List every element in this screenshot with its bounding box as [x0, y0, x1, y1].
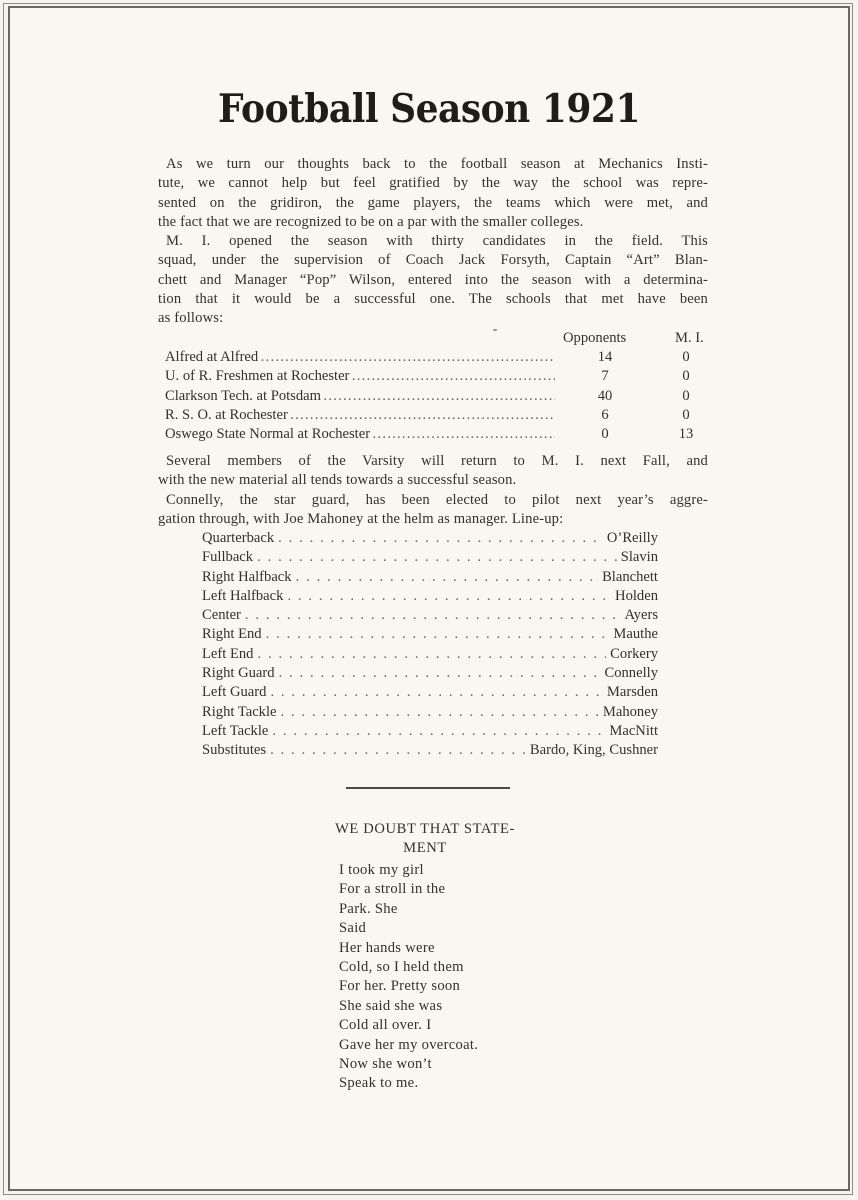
- player-name: Ayers: [624, 607, 658, 624]
- dot-leader: [257, 549, 617, 566]
- scores-table: Opponents M. I. Alfred at Alfred 14 0 U.…: [165, 330, 705, 445]
- dot-leader: [279, 665, 601, 682]
- game-name: Alfred at Alfred: [165, 349, 555, 366]
- opponents-score: 40: [565, 388, 645, 405]
- dot-leader: [266, 626, 610, 643]
- closing-paragraphs: Several members of the Varsity will retu…: [158, 452, 708, 529]
- score-row: Alfred at Alfred 14 0: [165, 349, 705, 368]
- game-name: Oswego State Normal at Rochester: [165, 426, 555, 443]
- closing-line: gation through, with Joe Mahoney at the …: [158, 510, 708, 529]
- poem-line: Park. She: [339, 900, 478, 919]
- lineup-row: Center Ayers: [202, 607, 658, 626]
- position-label: Substitutes: [202, 742, 266, 759]
- game-name: R. S. O. at Rochester: [165, 407, 555, 424]
- position-label: Right Halfback: [202, 569, 292, 586]
- dot-leader: [270, 742, 526, 759]
- dot-leader: [281, 704, 599, 721]
- opponents-score: 7: [565, 368, 645, 385]
- intro-line: sented on the gridiron, the game players…: [158, 194, 708, 213]
- position-label: Fullback: [202, 549, 253, 566]
- lineup-row: Right Tackle Mahoney: [202, 704, 658, 723]
- poem-title-line: WE DOUBT THAT STATE-: [290, 820, 560, 839]
- lineup-list: Quarterback O’Reilly Fullback Slavin Rig…: [202, 530, 658, 762]
- player-name: Holden: [615, 588, 658, 605]
- closing-line: Several members of the Varsity will retu…: [158, 452, 708, 471]
- lineup-row: Fullback Slavin: [202, 549, 658, 568]
- position-label: Right Guard: [202, 665, 275, 682]
- poem-title-line: MENT: [290, 839, 560, 858]
- position-label: Right Tackle: [202, 704, 277, 721]
- dot-leader: [296, 569, 598, 586]
- poem-line: Gave her my overcoat.: [339, 1036, 478, 1055]
- player-name: Corkery: [610, 646, 658, 663]
- poem-title: WE DOUBT THAT STATE- MENT: [290, 820, 560, 858]
- score-row: U. of R. Freshmen at Rochester 7 0: [165, 368, 705, 387]
- intro-line: tion that it would be a successful one. …: [158, 290, 708, 309]
- intro-line: As we turn our thoughts back to the foot…: [158, 155, 708, 174]
- dot-leader: [272, 723, 605, 740]
- section-divider: [346, 787, 510, 789]
- poem-line: For her. Pretty soon: [339, 977, 478, 996]
- position-label: Left End: [202, 646, 253, 663]
- page-title: Football Season 1921: [0, 86, 858, 131]
- mi-score: 0: [661, 349, 711, 366]
- mi-column-header: M. I.: [675, 330, 704, 347]
- player-name: Mahoney: [603, 704, 658, 721]
- position-label: Center: [202, 607, 241, 624]
- dot-leader: [287, 588, 611, 605]
- intro-line: chett and Manager “Pop” Wilson, entered …: [158, 271, 708, 290]
- player-name: Bardo, King, Cushner: [530, 742, 658, 759]
- scores-header: Opponents M. I.: [165, 330, 705, 349]
- poem-line: Cold all over. I: [339, 1016, 478, 1035]
- lineup-row: Right End Mauthe: [202, 626, 658, 645]
- player-name: Blanchett: [602, 569, 658, 586]
- poem-line: Speak to me.: [339, 1074, 478, 1093]
- mi-score: 0: [661, 407, 711, 424]
- closing-line: with the new material all tends towards …: [158, 471, 708, 490]
- dot-leader: [257, 646, 606, 663]
- position-label: Left Guard: [202, 684, 266, 701]
- poem-line: Said: [339, 919, 478, 938]
- position-label: Quarterback: [202, 530, 274, 547]
- position-label: Right End: [202, 626, 262, 643]
- score-row: Clarkson Tech. at Potsdam 40 0: [165, 388, 705, 407]
- player-name: Mauthe: [613, 626, 658, 643]
- position-label: Left Halfback: [202, 588, 283, 605]
- lineup-row: Left Guard Marsden: [202, 684, 658, 703]
- lineup-row: Right Halfback Blanchett: [202, 569, 658, 588]
- poem-line: Now she won’t: [339, 1055, 478, 1074]
- opponents-column-header: Opponents: [563, 330, 626, 347]
- mi-score: 0: [661, 388, 711, 405]
- dot-leader: [270, 684, 602, 701]
- player-name: Connelly: [604, 665, 658, 682]
- position-label: Left Tackle: [202, 723, 268, 740]
- player-name: Slavin: [621, 549, 658, 566]
- dot-leader: [278, 530, 603, 547]
- player-name: Marsden: [607, 684, 658, 701]
- player-name: MacNitt: [609, 723, 658, 740]
- game-name: Clarkson Tech. at Potsdam: [165, 388, 555, 405]
- lineup-row: Substitutes Bardo, King, Cushner: [202, 742, 658, 761]
- lineup-row: Right Guard Connelly: [202, 665, 658, 684]
- score-row: Oswego State Normal at Rochester 0 13: [165, 426, 705, 445]
- lineup-row: Left Halfback Holden: [202, 588, 658, 607]
- lineup-row: Quarterback O’Reilly: [202, 530, 658, 549]
- lineup-row: Left Tackle MacNitt: [202, 723, 658, 742]
- dot-leader: [245, 607, 621, 624]
- poem-line: I took my girl: [339, 861, 478, 880]
- intro-line: M. I. opened the season with thirty cand…: [158, 232, 708, 251]
- lineup-row: Left End Corkery: [202, 646, 658, 665]
- intro-line: as follows:: [158, 309, 708, 328]
- opponents-score: 6: [565, 407, 645, 424]
- closing-line: Connelly, the star guard, has been elect…: [158, 491, 708, 510]
- mi-score: 0: [661, 368, 711, 385]
- poem-line: Cold, so I held them: [339, 958, 478, 977]
- intro-line: the fact that we are recognized to be on…: [158, 213, 708, 232]
- intro-line: squad, under the supervision of Coach Ja…: [158, 251, 708, 270]
- game-name: U. of R. Freshmen at Rochester: [165, 368, 555, 385]
- mi-score: 13: [661, 426, 711, 443]
- opponents-score: 0: [565, 426, 645, 443]
- opponents-score: 14: [565, 349, 645, 366]
- player-name: O’Reilly: [607, 530, 658, 547]
- score-row: R. S. O. at Rochester 6 0: [165, 407, 705, 426]
- poem-line: She said she was: [339, 997, 478, 1016]
- poem-body: I took my girl For a stroll in the Park.…: [339, 861, 478, 1094]
- intro-paragraphs: As we turn our thoughts back to the foot…: [158, 155, 708, 329]
- poem-line: For a stroll in the: [339, 880, 478, 899]
- intro-line: tute, we cannot help but feel gratified …: [158, 174, 708, 193]
- poem-line: Her hands were: [339, 939, 478, 958]
